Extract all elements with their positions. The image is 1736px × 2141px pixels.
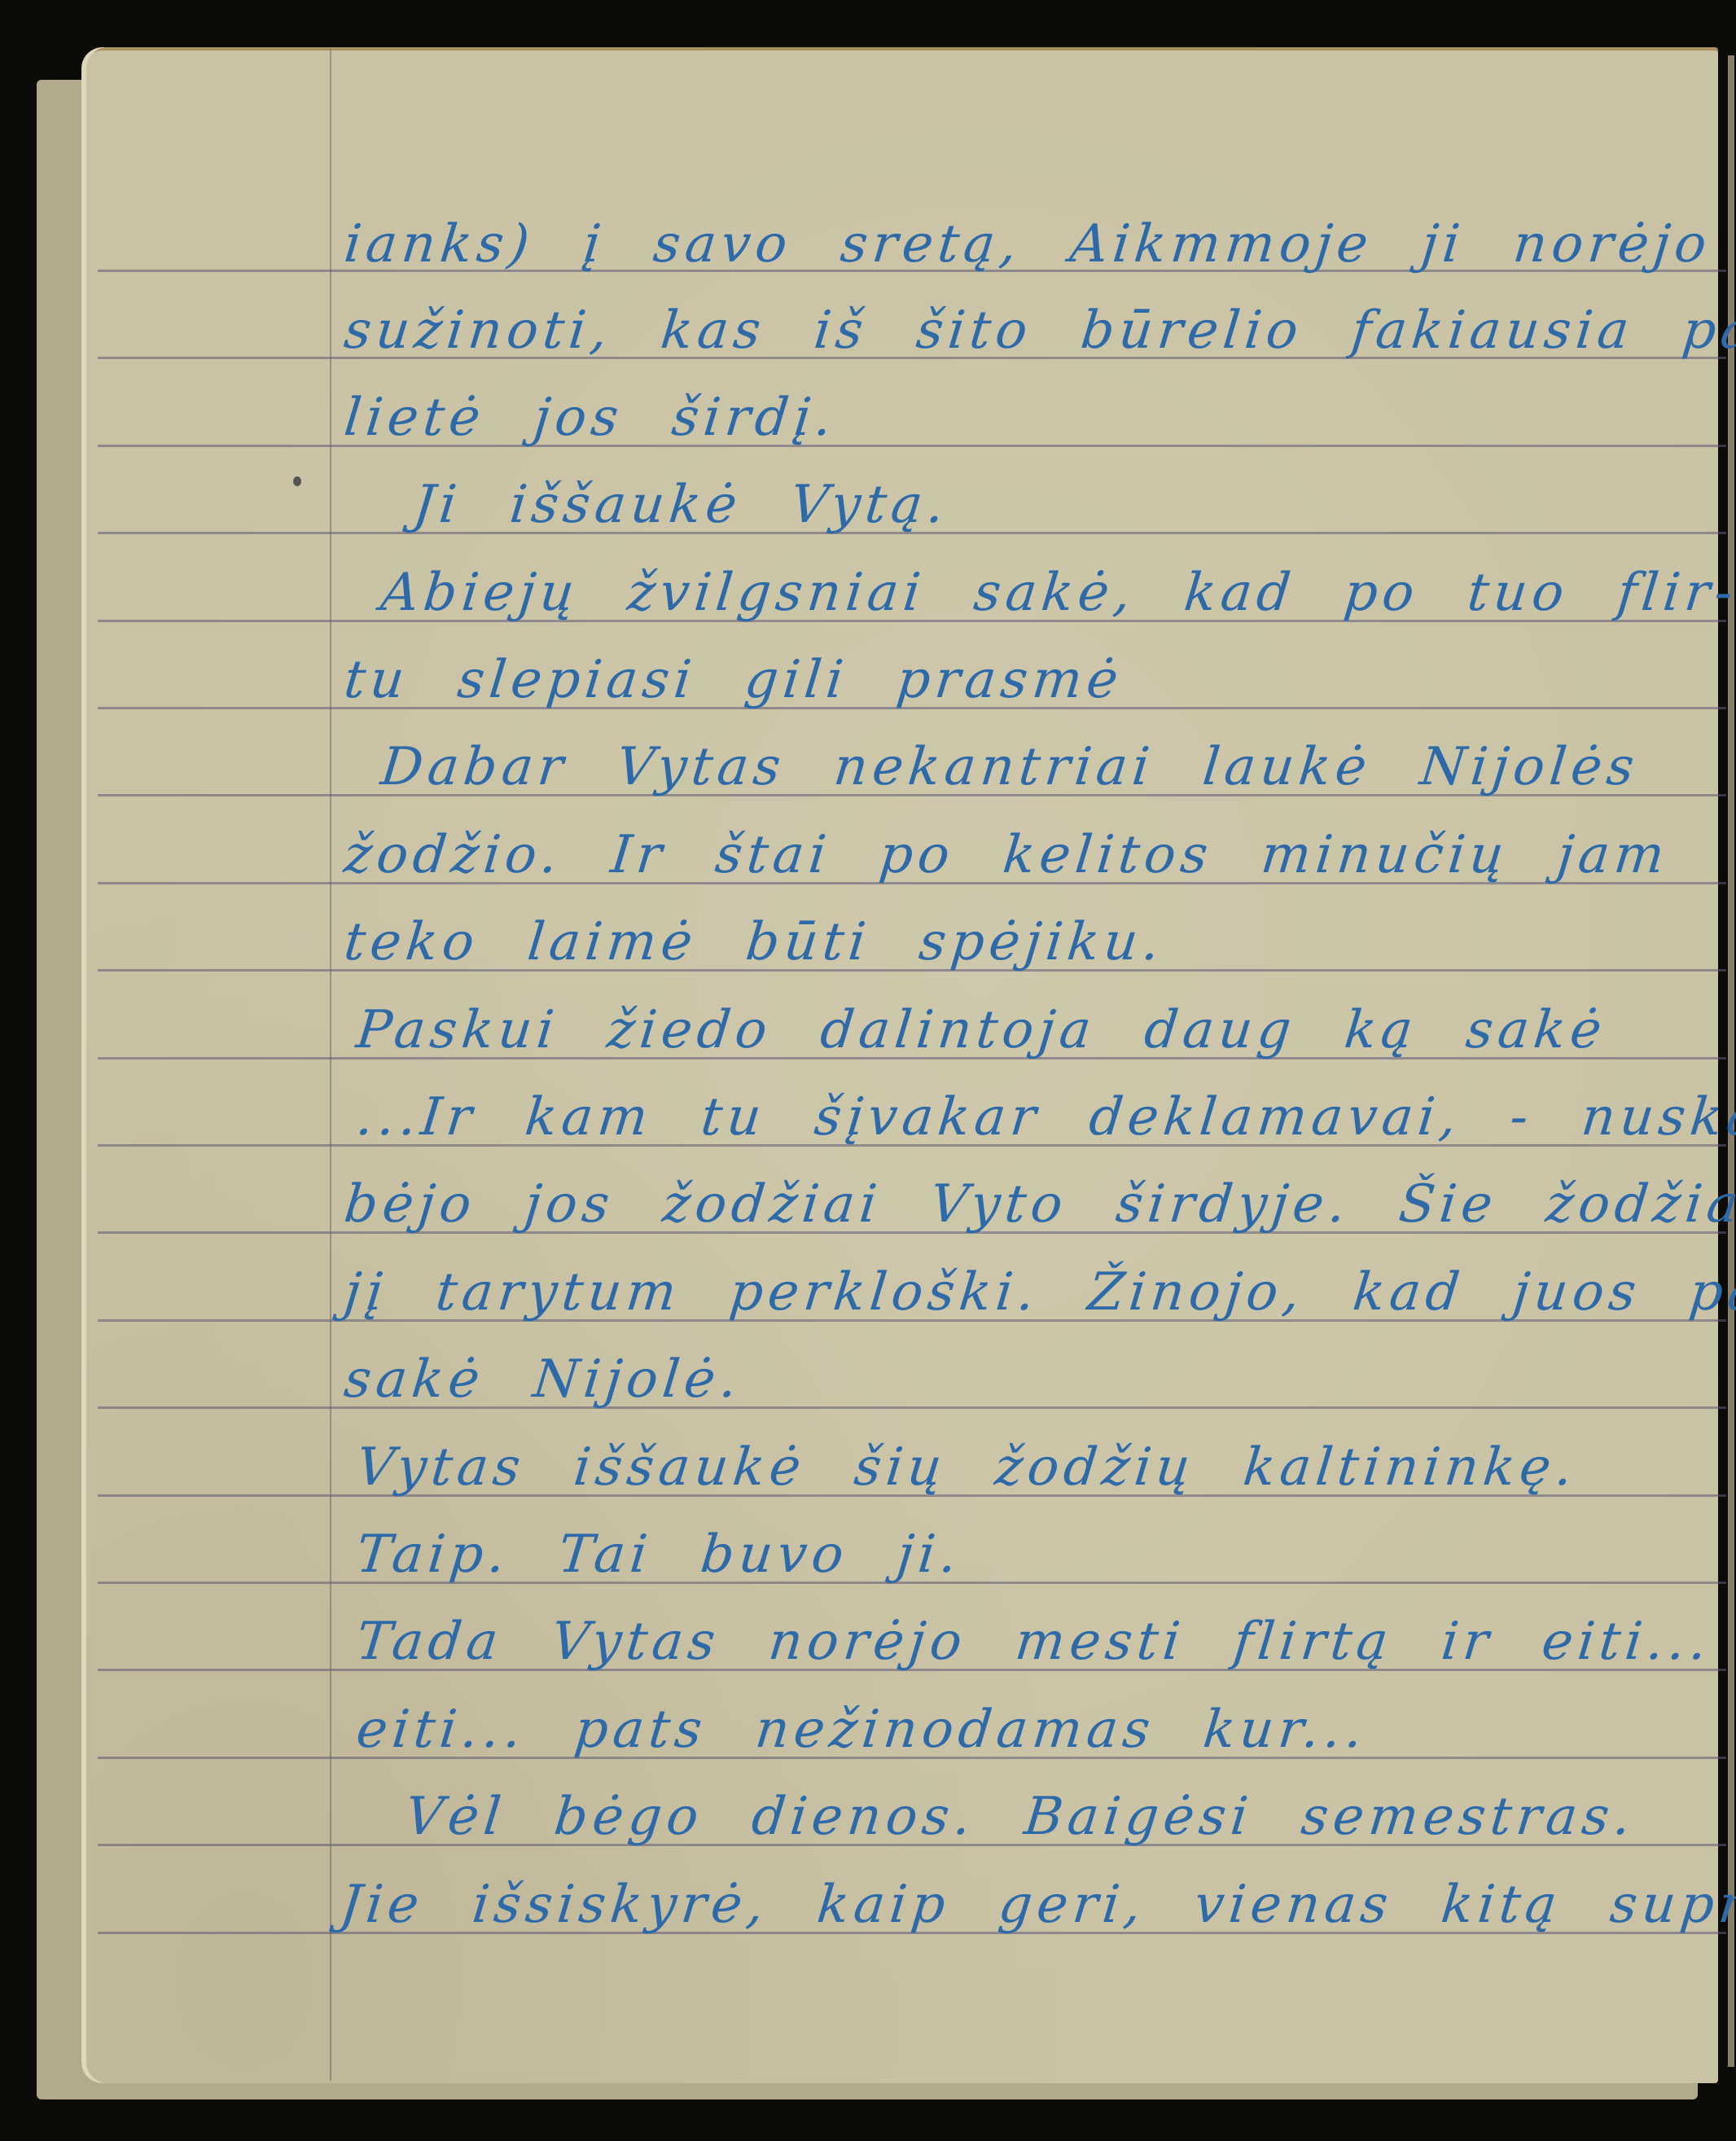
text-line-2: sužinoti, kas iš šito būrelio fakiausia … xyxy=(342,275,1736,357)
text-line-16: Taip. Tai buvo ji. xyxy=(354,1499,967,1581)
text-line-9: teko laimė būti spėjiku. xyxy=(342,887,1170,968)
text-line-11: ...Ir kam tu šįvakar deklamavai, - nuska… xyxy=(354,1062,1736,1143)
text-line-10: Paskui žiedo dalintoja daug ką sakė xyxy=(354,975,1612,1056)
text-line-6: tu slepiasi gili prasmė xyxy=(342,625,1129,706)
text-line-1: ianks) į savo sretą, Aikmmoje ji norėjo xyxy=(342,189,1717,270)
text-line-19: Vėl bėgo dienos. Baigėsi semestras. xyxy=(403,1761,1642,1843)
margin-line xyxy=(330,49,331,2081)
ink-speck xyxy=(293,476,301,486)
text-line-20: Jie išsiskyrė, kaip geri, vienas kitą su… xyxy=(338,1849,1736,1931)
text-line-14: sakė Nijolė. xyxy=(342,1324,747,1406)
text-line-7: Dabar Vytas nekantriai laukė Nijolės xyxy=(379,712,1645,793)
text-line-8: žodžio. Ir štai po kelitos minučių jam xyxy=(342,800,1675,881)
text-line-12: bėjo jos žodžiai Vyto širdyje. Šie žodži… xyxy=(342,1149,1736,1231)
text-line-4: Ji iššaukė Vytą. xyxy=(411,450,955,531)
text-line-15: Vytas iššaukė šių žodžių kaltininkę. xyxy=(354,1412,1583,1494)
text-line-3: lietė jos širdį. xyxy=(342,362,843,444)
text-line-13: jį tarytum perkloški. Žinojo, kad juos p… xyxy=(342,1237,1736,1318)
text-line-5: Abiejų žvilgsniai sakė, kad po tuo flir- xyxy=(379,537,1736,619)
text-line-17: Tada Vytas norėjo mesti flirtą ir eiti..… xyxy=(354,1586,1717,1668)
text-line-18: eiti... pats nežinodamas kur... xyxy=(354,1674,1373,1756)
